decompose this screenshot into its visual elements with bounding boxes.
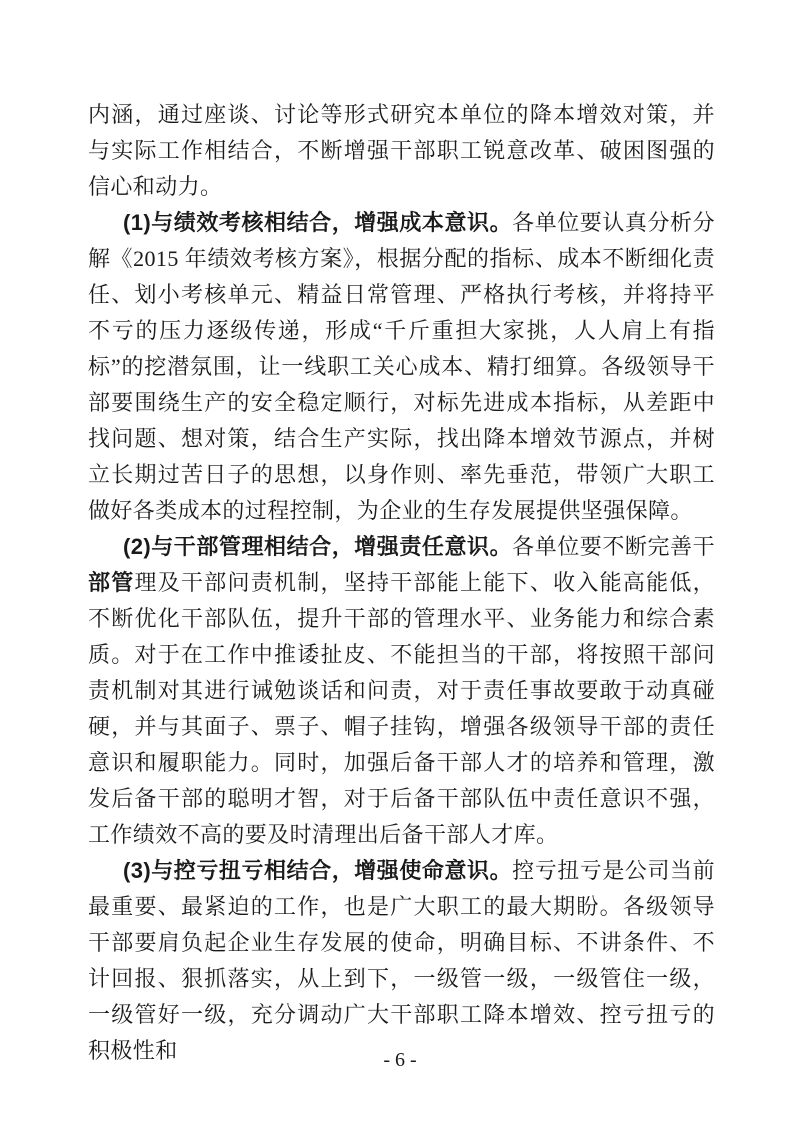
section-heading-1: (1)与绩效考核相结合，增强成本意识。 bbox=[123, 210, 512, 235]
paragraph-text: 内涵，通过座谈、讨论等形式研究本单位的降本增效对策，并与实际工作相结合，不断增强… bbox=[88, 102, 715, 199]
paragraph-text: 各单位要不断完善干 bbox=[512, 534, 715, 559]
page-number: - 6 - bbox=[0, 1048, 800, 1072]
section-paragraph-3: (3)与控亏扭亏相结合，增强使命意识。控亏扭亏是公司当前最重要、最紧迫的工作，也… bbox=[88, 853, 715, 1069]
paragraph-text: 各单位要认真分析分解《2015 年绩效考核方案》，根据分配的指标、成本不断细化责… bbox=[88, 210, 715, 523]
section-heading-3: (3)与控亏扭亏相结合，增强使命意识。 bbox=[123, 858, 512, 883]
section-heading-2: (2)与干部管理相结合，增强责任意识。 bbox=[123, 534, 512, 559]
paragraph-text: 理及干部问责机制，坚持干部能上能下、收入能高能低，不断优化干部队伍，提升干部的管… bbox=[88, 570, 715, 847]
page-body: 内涵，通过座谈、讨论等形式研究本单位的降本增效对策，并与实际工作相结合，不断增强… bbox=[88, 97, 715, 1069]
paragraph-text: 控亏扭亏是公司当前最重要、最紧迫的工作，也是广大职工的最大期盼。各级领导干部要肩… bbox=[88, 858, 715, 1063]
section-paragraph-2: (2)与干部管理相结合，增强责任意识。各单位要不断完善干部管理及干部问责机制，坚… bbox=[88, 529, 715, 853]
section-paragraph-1: (1)与绩效考核相结合，增强成本意识。各单位要认真分析分解《2015 年绩效考核… bbox=[88, 205, 715, 529]
body-paragraph-continued: 内涵，通过座谈、讨论等形式研究本单位的降本增效对策，并与实际工作相结合，不断增强… bbox=[88, 97, 715, 205]
document-page: 内涵，通过座谈、讨论等形式研究本单位的降本增效对策，并与实际工作相结合，不断增强… bbox=[0, 0, 800, 1132]
bold-text-run: 部管 bbox=[88, 570, 135, 595]
